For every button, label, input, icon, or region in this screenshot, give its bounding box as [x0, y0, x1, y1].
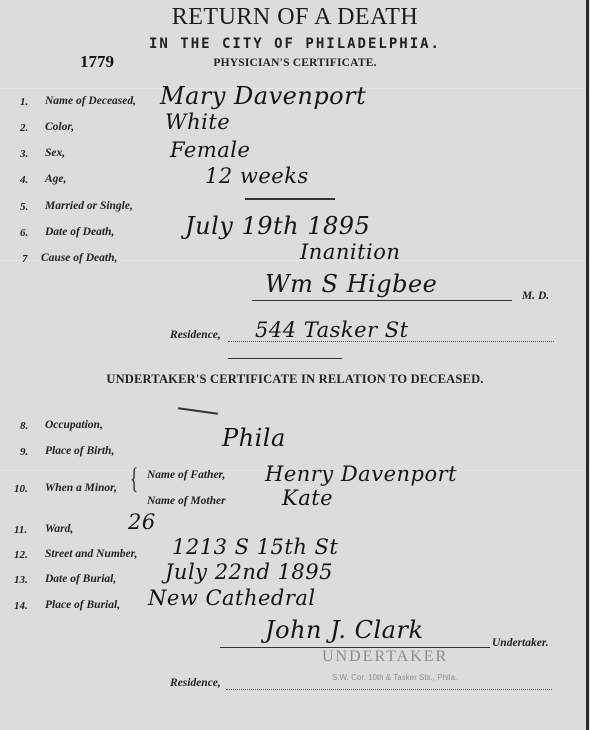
undertaker-residence-label: Residence,	[170, 677, 221, 689]
brace-glyph: {	[130, 462, 139, 496]
field-number: 5.	[20, 201, 28, 213]
document-title: RETURN OF A DEATH	[0, 4, 590, 31]
field-value-sex: Female	[170, 138, 250, 162]
physician-residence-value: 544 Tasker St	[255, 318, 409, 342]
field-label-color: Color,	[45, 121, 74, 133]
field-number: 9.	[20, 446, 28, 458]
field-number: 14.	[14, 600, 28, 612]
undertaker-signature-line	[220, 647, 490, 648]
section-divider	[228, 358, 342, 359]
field-number: 10.	[14, 483, 28, 495]
field-number: 2.	[20, 122, 28, 134]
field-value-burial-place: New Cathedral	[148, 586, 316, 610]
field-value-burial-date: July 22nd 1895	[165, 560, 333, 584]
death-certificate-page: RETURN OF A DEATH IN THE CITY OF PHILADE…	[0, 0, 589, 730]
field-label-name: Name of Deceased,	[45, 95, 136, 107]
field-number: 4.	[20, 174, 28, 186]
field-label-minor: When a Minor,	[45, 482, 117, 494]
field-label-father: Name of Father,	[147, 469, 225, 481]
undertaker-section-heading: UNDERTAKER'S CERTIFICATE IN RELATION TO …	[0, 372, 590, 387]
field-number: 13.	[14, 574, 28, 586]
field-number: 3.	[20, 148, 28, 160]
field-label-married: Married or Single,	[45, 200, 133, 212]
physician-signature: Wm S Higbee	[265, 270, 437, 298]
field-value-ward: 26	[128, 510, 156, 534]
field-label-street: Street and Number,	[45, 548, 137, 560]
field-number: 6.	[20, 227, 28, 239]
field-value-mother: Kate	[282, 486, 333, 510]
field-value-age: 12 weeks	[205, 164, 309, 188]
field-label-burial-place: Place of Burial,	[45, 599, 120, 611]
field-label-cause: Cause of Death,	[41, 252, 117, 264]
md-suffix: M. D.	[522, 290, 549, 302]
field-value-place-birth: Phila	[222, 424, 286, 452]
physician-signature-line	[252, 300, 512, 301]
undertaker-residence-line	[226, 689, 552, 690]
field-label-occupation: Occupation,	[45, 419, 103, 431]
field-number: 1.	[20, 96, 28, 108]
field-value-street: 1213 S 15th St	[172, 535, 338, 559]
field-number: 7	[22, 253, 28, 265]
undertaker-signature: John J. Clark	[265, 616, 424, 644]
married-dash	[245, 198, 335, 200]
field-value-date-death: July 19th 1895	[185, 212, 370, 240]
field-label-date-death: Date of Death,	[45, 226, 114, 238]
physician-residence-label: Residence,	[170, 329, 221, 341]
field-value-color: White	[165, 110, 230, 134]
field-label-sex: Sex,	[45, 147, 65, 159]
undertaker-suffix: Undertaker.	[492, 637, 549, 649]
field-number: 8.	[20, 420, 28, 432]
undertaker-stamp-address: S.W. Cor. 10th & Tasker Sts., Phila.	[332, 673, 457, 682]
occupation-dash	[178, 407, 218, 415]
field-value-father: Henry Davenport	[265, 462, 457, 486]
document-subtitle: IN THE CITY OF PHILADELPHIA.	[0, 36, 590, 52]
field-label-ward: Ward,	[45, 523, 73, 535]
field-number: 11.	[14, 524, 27, 536]
field-number: 12.	[14, 549, 28, 561]
undertaker-stamp: UNDERTAKER	[322, 648, 448, 666]
field-label-place-birth: Place of Birth,	[45, 445, 114, 457]
field-label-burial-date: Date of Burial,	[45, 573, 116, 585]
field-label-age: Age,	[45, 173, 66, 185]
physician-section-heading: PHYSICIAN'S CERTIFICATE.	[0, 57, 590, 69]
field-label-mother: Name of Mother	[147, 495, 226, 507]
field-value-cause: Inanition	[300, 240, 400, 264]
field-value-name: Mary Davenport	[160, 82, 366, 110]
